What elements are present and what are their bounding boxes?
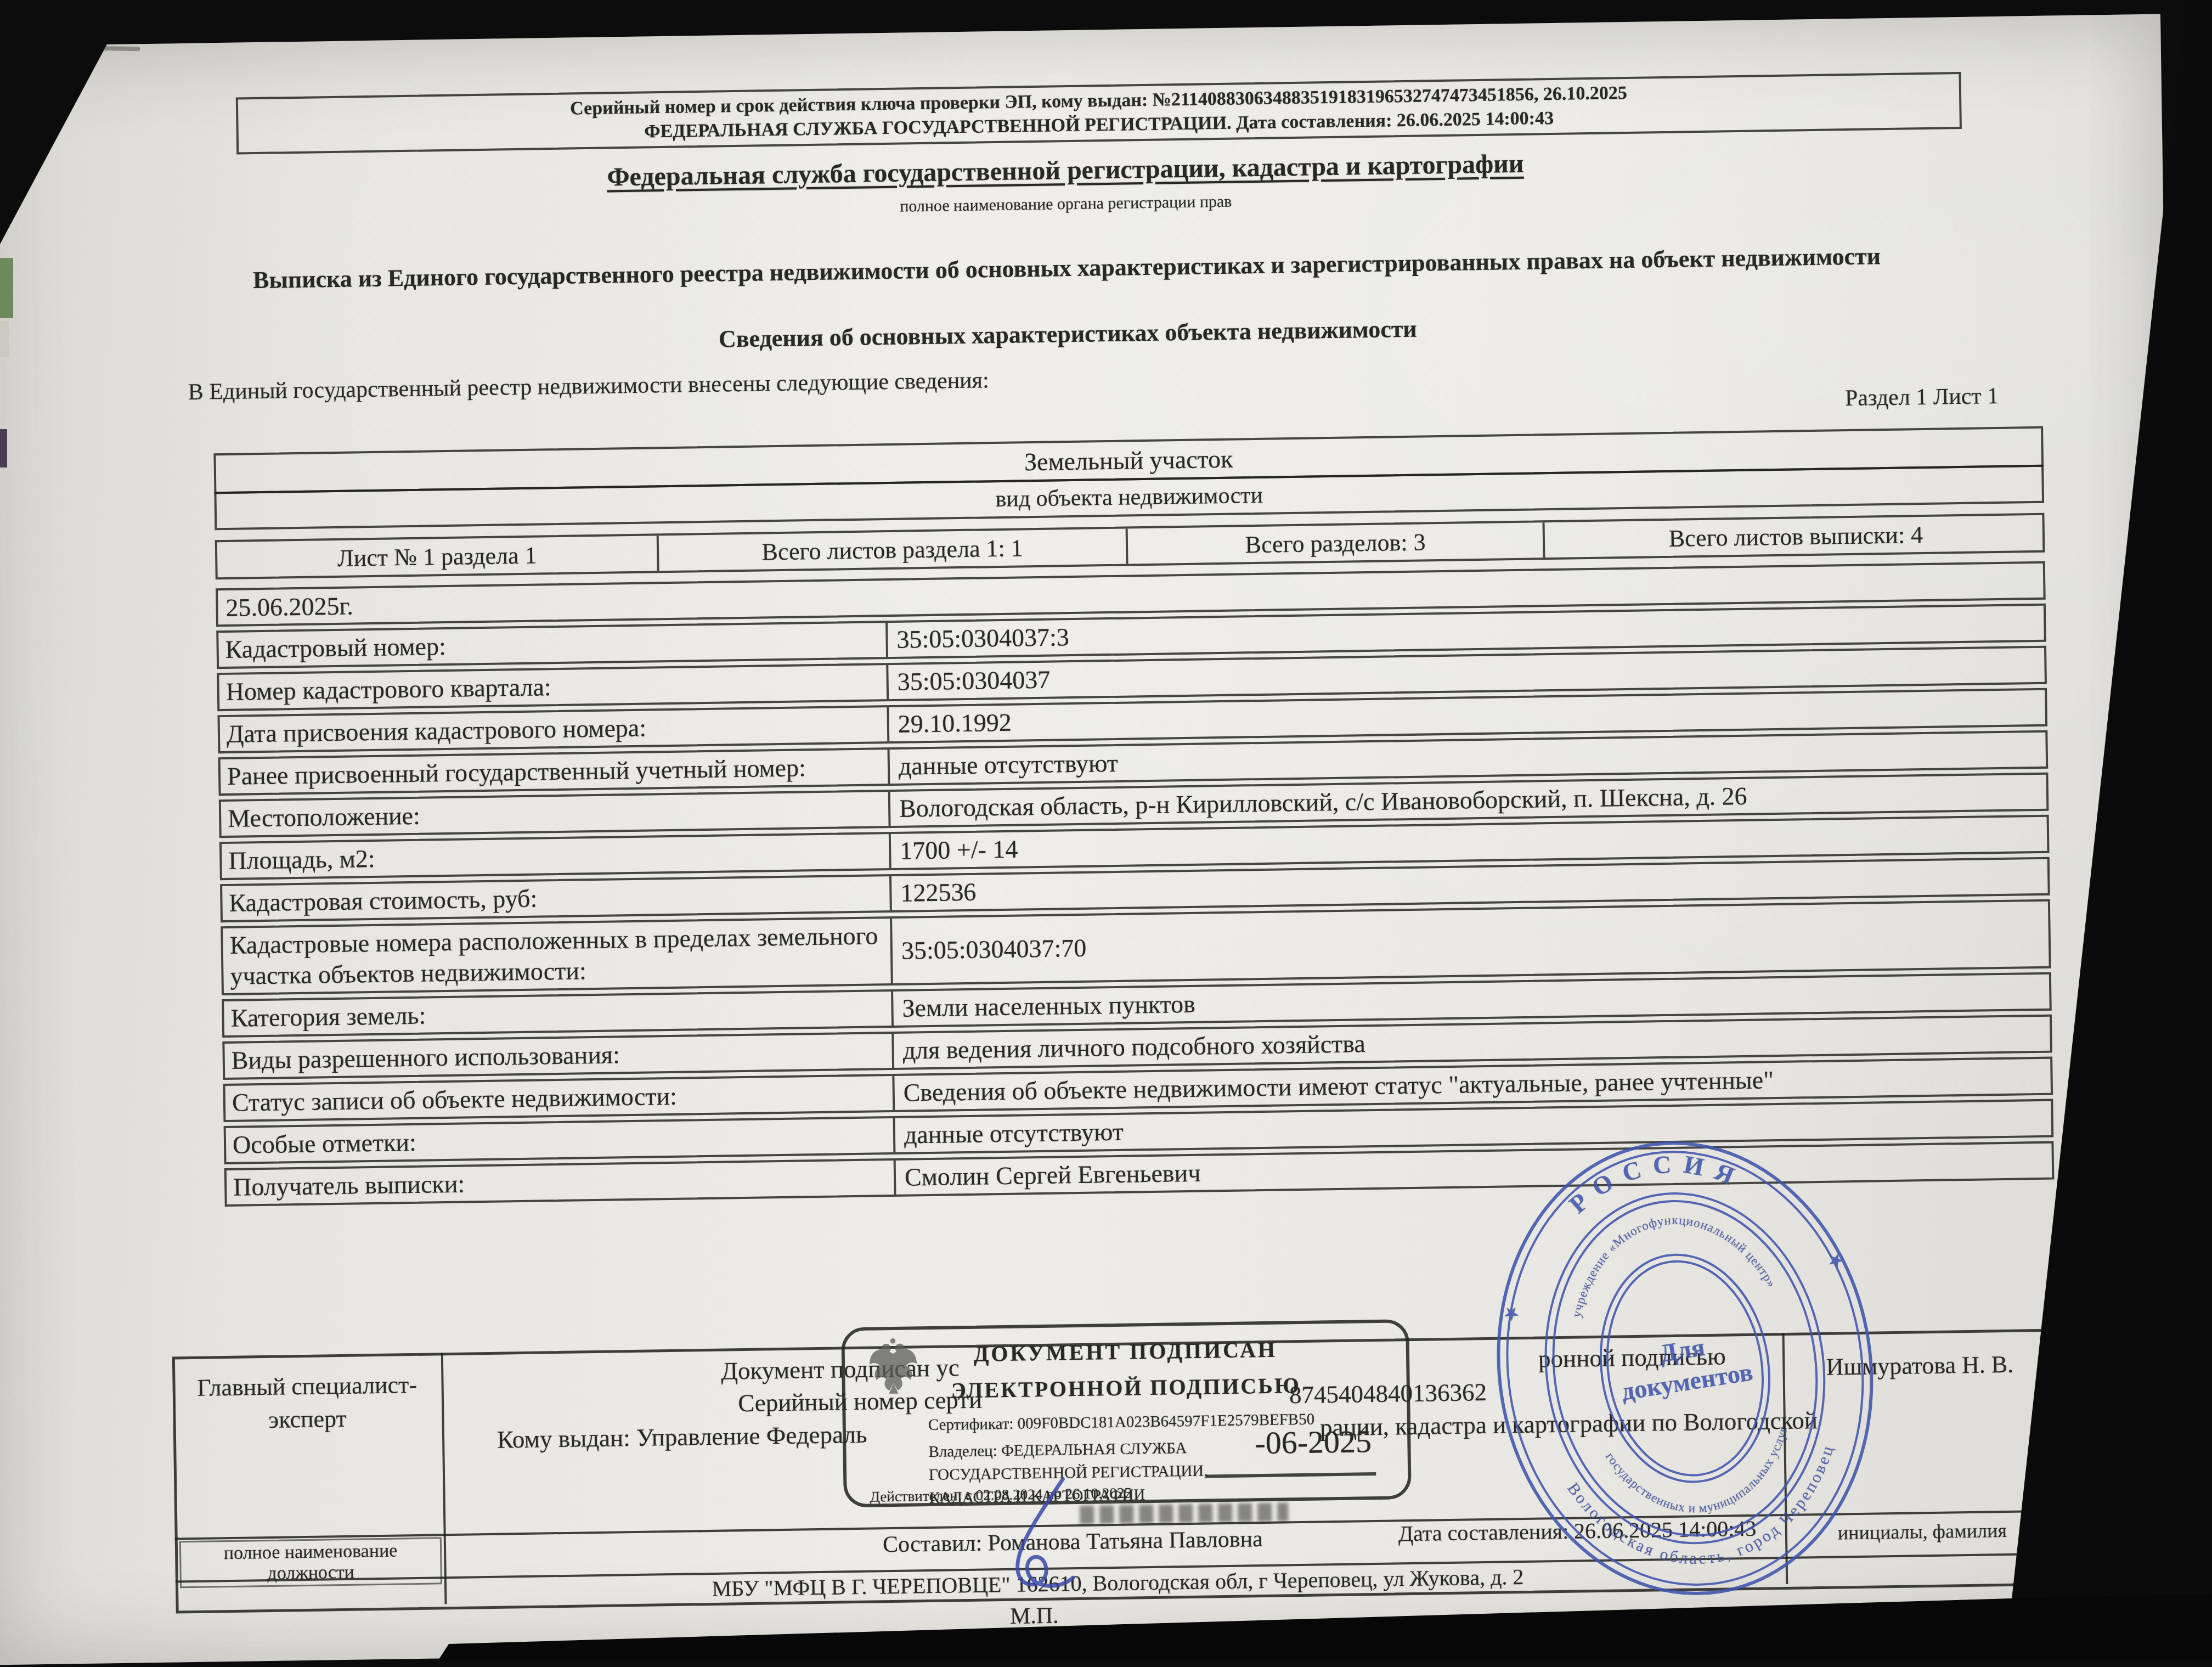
- stamp-title-1: ДОКУМЕНТ ПОДПИСАН: [845, 1334, 1407, 1368]
- stamp-date: -06-2025: [1255, 1423, 1372, 1461]
- sheet-header-cell: Всего листов выписки: 4: [1545, 515, 2047, 558]
- row-label: Статус записи об объекте недвижимости:: [225, 1076, 895, 1120]
- row-label: Номер кадастрового квартала:: [219, 665, 889, 709]
- intro-line: В Единый государственный реестр недвижим…: [188, 367, 989, 406]
- stamp-title-2: ЭЛЕКТРОННОЙ ПОДПИСЬЮ: [845, 1371, 1407, 1405]
- document-title: Выписка из Единого государственного реес…: [106, 240, 2027, 296]
- esig-line3-left: Кому выдан: Управление Федераль: [497, 1420, 867, 1454]
- row-label: Кадастровые номера расположенных в преде…: [223, 919, 893, 993]
- sheet-header-cell: Лист № 1 раздела 1: [217, 536, 659, 577]
- seal-center-line1: Для: [1658, 1333, 1707, 1367]
- desk-edge-object: [0, 429, 7, 468]
- row-label: Ранее присвоенный государственный учетны…: [221, 750, 890, 793]
- sheet-header-cell: Всего листов раздела 1: 1: [659, 529, 1128, 571]
- handwritten-signature: [969, 1472, 1098, 1606]
- mfc-round-seal: РОССИЯ ★ ★ Вологодская область, город Че…: [1486, 1129, 1885, 1607]
- esig-header-box: Серийный номер и срок действия ключа про…: [236, 72, 1962, 155]
- table-rows: Кадастровый номер: 35:05:0304037:3 Номер…: [216, 604, 2054, 1207]
- row-label: Особые отметки:: [226, 1118, 896, 1162]
- row-label: Местоположение:: [221, 792, 891, 836]
- section-reference: Раздел 1 Лист 1: [1453, 383, 1999, 418]
- signer-position: Главный специалист-эксперт: [172, 1368, 442, 1438]
- row-label: Категория земель:: [224, 992, 894, 1035]
- row-label: Получатель выписки:: [227, 1161, 896, 1204]
- mp-seal-mark: М.П.: [1010, 1603, 1059, 1630]
- signature-block: Главный специалист-эксперт полное наимен…: [172, 1329, 2061, 1659]
- sheet-header-cell: Всего разделов: 3: [1128, 522, 1545, 564]
- staple-mark: [100, 46, 140, 51]
- desk-edge-object: [0, 258, 13, 318]
- desk-edge-object: [0, 321, 9, 357]
- esig-stamp-box: ДОКУМЕНТ ПОДПИСАН ЭЛЕКТРОННОЙ ПОДПИСЬЮ С…: [841, 1319, 1412, 1507]
- row-label: Площадь, м2:: [222, 834, 891, 878]
- row-label: Кадастровый номер:: [218, 623, 888, 667]
- document-paper: Серийный номер и срок действия ключа про…: [0, 14, 2185, 1659]
- row-label: Дата присвоения кадастрового номера:: [220, 707, 890, 751]
- section-title: Сведения об основных характеристиках объ…: [135, 306, 2000, 362]
- row-value: 35:05:0304037:70: [892, 902, 2049, 983]
- row-label: Кадастровая стоимость, руб:: [222, 876, 892, 920]
- object-table: Земельный участок вид объекта недвижимос…: [213, 426, 2054, 1207]
- row-label: Виды разрешенного использования:: [224, 1034, 894, 1078]
- seal-center-line2: документов: [1620, 1358, 1754, 1406]
- ink-smudge: [1080, 1502, 1288, 1524]
